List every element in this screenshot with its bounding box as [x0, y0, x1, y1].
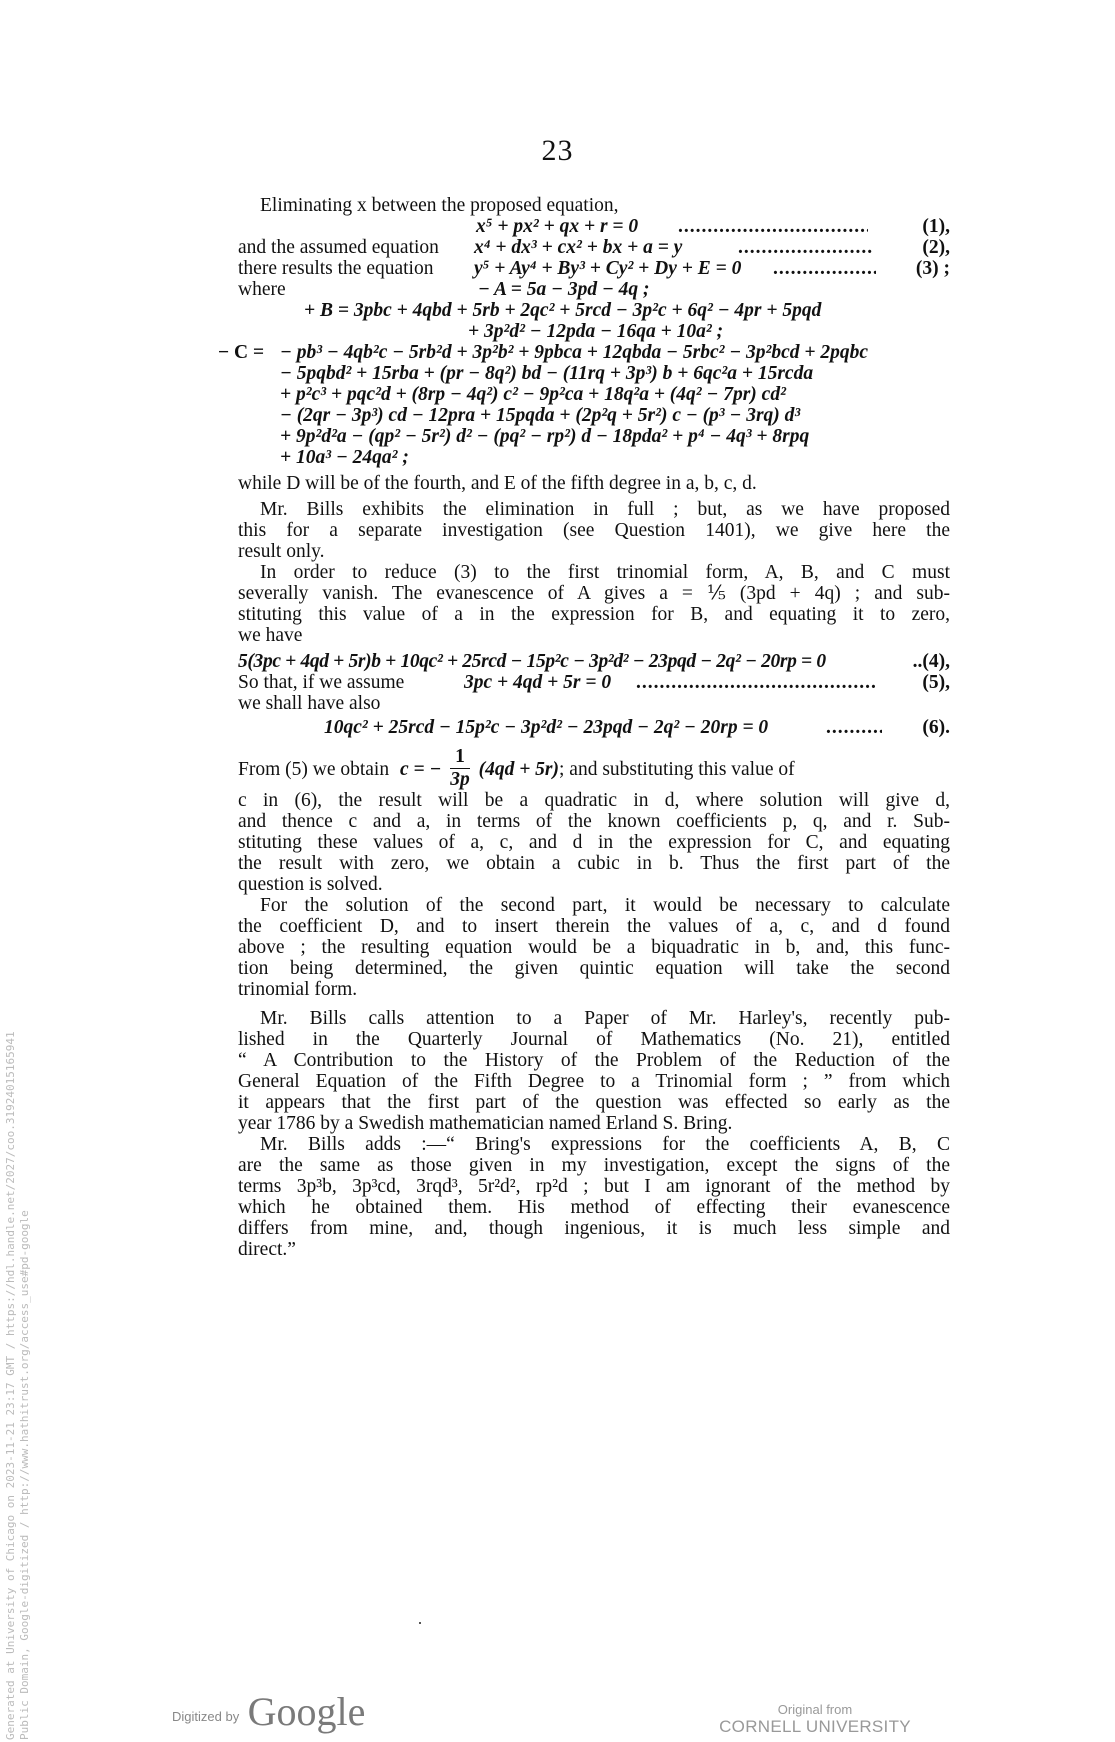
paragraph-line: trinomial form.	[238, 979, 950, 1000]
from-5-row: From (5) we obtain c = − 1 3p (4qd + 5r)…	[238, 740, 950, 786]
where-lead: where	[238, 279, 286, 300]
paragraph-harley: Mr. Bills calls attention to a Paper of …	[238, 1008, 950, 1134]
equation-6-label: (6).	[922, 717, 950, 738]
paragraph-reduce: In order to reduce (3) to the first trin…	[238, 562, 950, 646]
fraction-one-over-3p: 1 3p	[450, 746, 470, 791]
paragraph-line: For the solution of the second part, it …	[238, 895, 950, 916]
coefficient-c-row-6: + 10a³ − 24qa² ;	[238, 447, 950, 468]
coefficient-b-line-2: + 3p²d² − 12pda − 16qa + 10a² ;	[468, 321, 723, 342]
c-equation-rest: (4qd + 5r)	[479, 759, 559, 780]
institution-name: CORNELL UNIVERSITY	[690, 1717, 940, 1737]
page-number: 23	[0, 134, 1115, 168]
digitized-by-google: Digitized by Google	[172, 1688, 365, 1735]
from-5-line: From (5) we obtain c = − 1 3p (4qd + 5r)…	[238, 748, 795, 793]
paragraph-line: this for a separate investigation (see Q…	[238, 520, 950, 541]
equation-6-row: 10qc² + 25rcd − 15p²c − 3p²d² − 23pqd − …	[238, 717, 950, 738]
leader-dots: ........................................…	[773, 258, 876, 279]
coefficient-c-line: − 5pqbd² + 15rba + (pr − 8q²) bd − (11rq…	[280, 363, 813, 384]
assume-lead: So that, if we assume	[238, 672, 404, 693]
paragraph-line: result only.	[238, 541, 950, 562]
paragraph-line: it appears that the first part of the qu…	[238, 1092, 950, 1113]
coefficient-c-row-5: + 9p²d²a − (qp² − 5r²) d² − (pq² − rp²) …	[238, 426, 950, 447]
from-5-tail: ; and substituting this value of	[559, 759, 795, 780]
paragraph-line: stituting this value of a in the express…	[238, 604, 950, 625]
paragraph-line: the coefficient D, and to insert therein…	[238, 916, 950, 937]
degree-statement: while D will be of the fourth, and E of …	[238, 473, 950, 494]
coefficient-c-line: − (2qr − 3p³) cd − 12pra + 15pqda + (2p²…	[280, 405, 800, 426]
coefficient-c-row-1: − C = − pb³ − 4qb²c − 5rb²d + 3p²b² + 9p…	[238, 342, 950, 363]
equation-3: y⁵ + Ay⁴ + By³ + Cy² + Dy + E = 0	[474, 258, 741, 279]
coefficient-c-lead: − C =	[218, 342, 264, 363]
paragraph-line: we have	[238, 625, 950, 646]
watermark-line-1: Generated at University of Chicago on 20…	[4, 1031, 17, 1740]
paragraph-bills-adds: Mr. Bills adds :—“ Bring's expressions f…	[238, 1134, 950, 1260]
coefficient-b-row-2: + 3p²d² − 12pda − 16qa + 10a² ;	[238, 321, 950, 342]
paragraph-line: “ A Contribution to the History of the P…	[238, 1050, 950, 1071]
coefficient-c-line: − pb³ − 4qb²c − 5rb²d + 3p²b² + 9pbca + …	[280, 342, 868, 363]
coefficient-a-equation: − A = 5a − 3pd − 4q ;	[478, 279, 650, 300]
original-from: Original from CORNELL UNIVERSITY	[690, 1702, 940, 1737]
original-from-label: Original from	[690, 1702, 940, 1717]
results-lead: there results the equation	[238, 258, 433, 279]
paragraph-second-part: For the solution of the second part, it …	[238, 895, 950, 1000]
equation-5-row: So that, if we assume 3pc + 4qd + 5r = 0…	[238, 672, 950, 693]
equation-1-label: (1),	[922, 216, 950, 237]
paragraph-line: c in (6), the result will be a quadratic…	[238, 790, 950, 811]
equation-1-row: x⁵ + px² + qx + r = 0 ..................…	[238, 216, 950, 237]
paragraph-line: severally vanish. The evanescence of A g…	[238, 583, 950, 604]
paragraph-line: Mr. Bills calls attention to a Paper of …	[238, 1008, 950, 1029]
paragraph-line: are the same as those given in my invest…	[238, 1155, 950, 1176]
paragraph-line: the result with zero, we obtain a cubic …	[238, 853, 950, 874]
paragraph-line: which he obtained them. His method of ef…	[238, 1197, 950, 1218]
equation-4-row: 5(3pc + 4qd + 5r)b + 10qc² + 25rcd − 15p…	[238, 651, 950, 672]
paragraph-line: terms 3p³b, 3p³cd, 3rqd³, 5r²d², rp²d ; …	[238, 1176, 950, 1197]
coefficient-c-line: + 10a³ − 24qa² ;	[280, 447, 409, 468]
equation-3-row: there results the equation y⁵ + Ay⁴ + By…	[238, 258, 950, 279]
paragraph-line: In order to reduce (3) to the first trin…	[238, 562, 950, 583]
intro-line: Eliminating x between the proposed equat…	[238, 195, 950, 216]
paragraph-bills-elimination: Mr. Bills exhibits the elimination in fu…	[238, 499, 950, 562]
coefficient-c-line: + p²c³ + pqc²d + (8rp − 4q²) c² − 9p²ca …	[280, 384, 786, 405]
degree-text: while D will be of the fourth, and E of …	[238, 473, 757, 494]
paragraph-line: General Equation of the Fifth Degree to …	[238, 1071, 950, 1092]
shall-have-text: we shall have also	[238, 693, 380, 714]
paragraph-line: Mr. Bills exhibits the elimination in fu…	[238, 499, 950, 520]
text-column: Eliminating x between the proposed equat…	[238, 195, 950, 1260]
leader-dots: ........................................…	[678, 216, 868, 237]
intro-text: Eliminating x between the proposed equat…	[260, 195, 619, 216]
paragraph-line: direct.”	[238, 1239, 950, 1260]
coefficient-c-row-2: − 5pqbd² + 15rba + (pr − 8q²) bd − (11rq…	[238, 363, 950, 384]
equation-2: x⁴ + dx³ + cx² + bx + a = y	[474, 237, 682, 258]
equation-1: x⁵ + px² + qx + r = 0	[476, 216, 638, 237]
coefficient-c-row-3: + p²c³ + pqc²d + (8rp − 4q²) c² − 9p²ca …	[238, 384, 950, 405]
watermark-line-2: Public Domain, Google-digitized / http:/…	[18, 1210, 31, 1740]
coefficient-b-line-1: + B = 3pbc + 4qbd + 5rb + 2qc² + 5rcd − …	[304, 300, 821, 321]
coefficient-c-line: + 9p²d²a − (qp² − 5r²) d² − (pq² − rp²) …	[280, 426, 809, 447]
equation-4: 5(3pc + 4qd + 5r)b + 10qc² + 25rcd − 15p…	[238, 651, 826, 672]
digitized-by-label: Digitized by	[172, 1709, 239, 1724]
c-equals: c = −	[400, 759, 441, 780]
leader-dots: ........................................…	[636, 672, 876, 693]
equation-5: 3pc + 4qd + 5r = 0	[464, 672, 611, 693]
leader-dots: ........................................…	[738, 237, 873, 258]
paragraph-quadratic: c in (6), the result will be a quadratic…	[238, 790, 950, 895]
paragraph-line: Mr. Bills adds :—“ Bring's expressions f…	[238, 1134, 950, 1155]
equation-2-label: (2),	[922, 237, 950, 258]
paragraph-line: question is solved.	[238, 874, 950, 895]
equation-3-label: (3) ;	[916, 258, 950, 279]
paragraph-line: above ; the resulting equation would be …	[238, 937, 950, 958]
paragraph-line: stituting these values of a, c, and d in…	[238, 832, 950, 853]
coefficient-b-row-1: + B = 3pbc + 4qbd + 5rb + 2qc² + 5rcd − …	[238, 300, 950, 321]
paragraph-line: differs from mine, and, though ingenious…	[238, 1218, 950, 1239]
fraction-numerator: 1	[450, 746, 470, 768]
paragraph-line: lished in the Quarterly Journal of Mathe…	[238, 1029, 950, 1050]
shall-have-line: we shall have also	[238, 693, 950, 714]
equation-6: 10qc² + 25rcd − 15p²c − 3p²d² − 23pqd − …	[324, 717, 768, 738]
coefficient-c-row-4: − (2qr − 3p³) cd − 12pra + 15pqda + (2p²…	[238, 405, 950, 426]
paragraph-line: year 1786 by a Swedish mathematician nam…	[238, 1113, 950, 1134]
from-5-lead: From (5) we obtain	[238, 759, 389, 780]
watermark: Generated at University of Chicago on 20…	[2, 0, 36, 1742]
equation-4-label: ..(4),	[913, 651, 950, 672]
coefficient-a-row: where − A = 5a − 3pd − 4q ;	[238, 279, 950, 300]
equation-5-label: (5),	[922, 672, 950, 693]
fraction-denominator: 3p	[450, 768, 470, 791]
assumed-lead: and the assumed equation	[238, 237, 439, 258]
paragraph-line: and thence c and a, in terms of the know…	[238, 811, 950, 832]
leader-dots: ....................	[826, 717, 882, 738]
equation-2-row: and the assumed equation x⁴ + dx³ + cx² …	[238, 237, 950, 258]
paragraph-line: tion being determined, the given quintic…	[238, 958, 950, 979]
scan-speck	[419, 1622, 421, 1624]
google-logo: Google	[248, 1689, 366, 1734]
